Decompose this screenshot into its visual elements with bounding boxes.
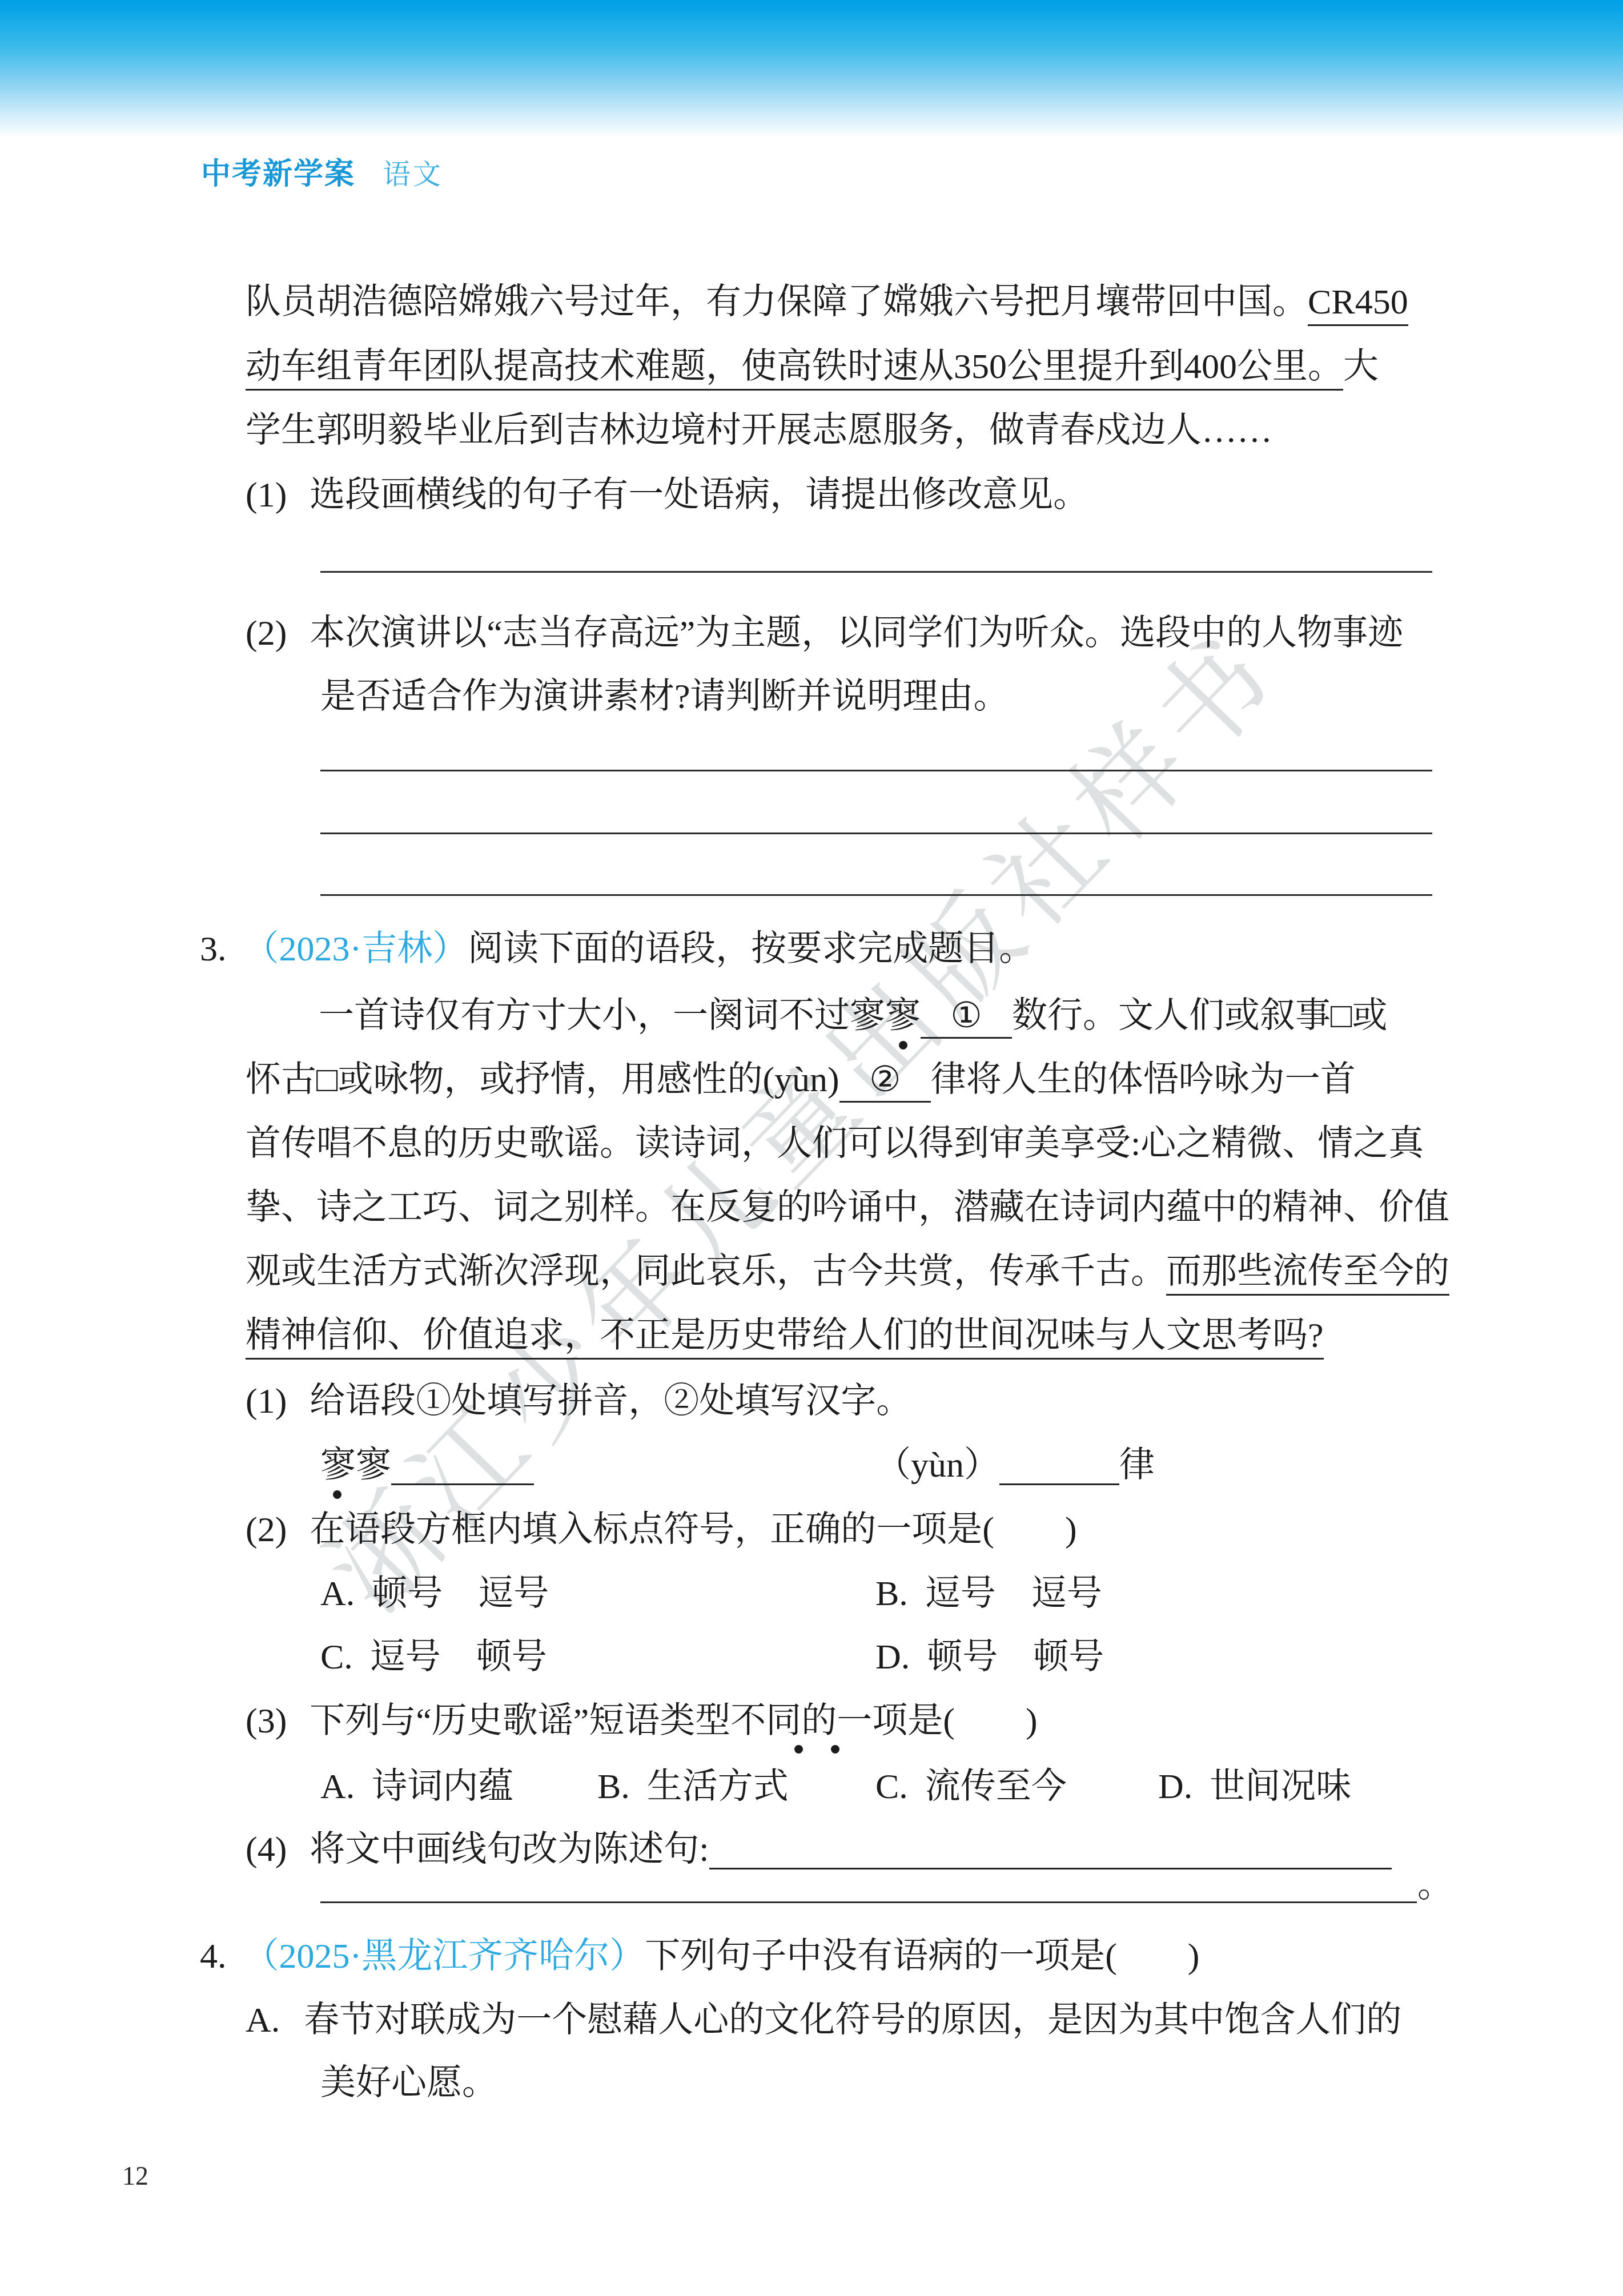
q3-passage-line1: 一首诗仅有方寸大小，一阕词不过寥寥①数行。文人们或叙事□或	[319, 996, 1388, 1039]
q3-passage-line6: 精神信仰、价值追求，不正是历史带给人们的世间况味与人文思考吗?	[246, 1316, 1324, 1356]
option-label: D.	[875, 1638, 910, 1677]
option-label: C.	[875, 1767, 908, 1807]
answer-line	[320, 894, 1432, 896]
page-number: 12	[122, 2161, 148, 2191]
option-text: 诗词内蕴	[372, 1767, 513, 1806]
q3-intro: 阅读下面的语段，按要求完成题目。	[468, 930, 1034, 968]
q3-item1: (1)给语段①处填写拼音，②处填写汉字。	[246, 1382, 911, 1421]
q3-item1-marker: (1)	[246, 1382, 287, 1421]
q3-item3-option-D: D.世间况味	[1158, 1767, 1351, 1807]
q3-item2-option-A: A.顿号 逗号	[320, 1574, 549, 1614]
q3-passage-l2a: 怀古	[246, 1060, 316, 1099]
answer-line	[320, 571, 1432, 573]
q3-passage-line3: 首传唱不息的历史歌谣。读诗词，人们可以得到审美享受:心之精微、情之真	[246, 1124, 1424, 1164]
q2-item2-line2: 是否适合作为演讲素材?请判断并说明理由。	[320, 677, 1009, 717]
q3-passage-l5a: 观或生活方式渐次浮现，同此哀乐，古今共赏，传承千古。	[246, 1252, 1166, 1291]
q3-item1-fill-left: 寥寥	[320, 1446, 534, 1485]
q3-item2-option-B: B.逗号 逗号	[875, 1574, 1102, 1614]
rewrite-answer-blank	[709, 1835, 1392, 1869]
answer-line	[320, 833, 1432, 834]
punctuation-box: □	[316, 1060, 338, 1099]
q3-item4-text: 将文中画线句改为陈述句:	[310, 1830, 709, 1869]
q3-item2-marker: (2)	[246, 1510, 287, 1550]
fill-right-prefix: （yùn）	[875, 1446, 999, 1485]
q3-passage-line5: 观或生活方式渐次浮现，同此哀乐，古今共赏，传承千古。而那些流传至今的	[246, 1252, 1449, 1292]
blank-2: ②	[839, 1060, 931, 1103]
q4-heading: 4.（2025·黑龙江齐齐哈尔）下列句子中没有语病的一项是( )	[200, 1937, 1199, 1976]
punctuation-box: □	[1331, 996, 1352, 1035]
emphasis-dot	[794, 1745, 803, 1754]
q4-option-A-line1: A.春节对联成为一个慰藉人心的文化符号的原因，是因为其中饱含人们的	[246, 2001, 1401, 2040]
q3-passage-l5-underlined: 而那些流传至今的	[1166, 1252, 1449, 1296]
header-gradient-band	[0, 0, 1623, 144]
q3-item4: (4)将文中画线句改为陈述句:	[246, 1830, 1392, 1869]
answer-line-period: 。	[1417, 1866, 1453, 1905]
option-text: 世间况味	[1210, 1767, 1351, 1806]
q3-item4-marker: (4)	[246, 1830, 287, 1869]
emphasis-dot	[899, 1041, 907, 1050]
option-label: A.	[320, 1767, 355, 1807]
option-text: 逗号 顿号	[370, 1638, 547, 1676]
q3-passage-l2c: 律将人生的体悟吟咏为一首	[931, 1060, 1356, 1099]
q3-item2-text: 在语段方框内填入标点符号，正确的一项是( )	[310, 1510, 1076, 1549]
q3-passage-l1a: 一首诗仅有方寸大小，一阕词不过寥寥	[319, 996, 921, 1035]
q3-passage-l1c: 或	[1352, 996, 1387, 1035]
option-label: A.	[246, 2001, 280, 2040]
subject-title: 语文	[383, 159, 443, 190]
q3-heading: 3.（2023·吉林）阅读下面的语段，按要求完成题目。	[200, 930, 1034, 969]
q3-item1-fill-right: （yùn）律	[875, 1446, 1155, 1485]
fill-left-word: 寥寥	[320, 1446, 391, 1485]
q3-passage-l1b: 数行。文人们或叙事	[1012, 996, 1331, 1035]
option-text: 顿号 顿号	[927, 1638, 1104, 1676]
q3-item1-text: 给语段①处填写拼音，②处填写汉字。	[310, 1382, 911, 1421]
passage1-line1-text: 队员胡浩德陪嫦娥六号过年，有力保障了嫦娥六号把月壤带回中国。	[246, 283, 1308, 321]
pinyin-blank	[391, 1449, 534, 1485]
q4-text: 下列句子中没有语病的一项是( )	[645, 1937, 1199, 1976]
q4-option-A-line2: 美好心愿。	[320, 2064, 497, 2103]
passage1-line3: 学生郭明毅毕业后到吉林边境村开展志愿服务，做青春戍边人……	[246, 411, 1272, 451]
q3-item3-option-B: B.生活方式	[597, 1767, 789, 1807]
option-text: 顿号 逗号	[372, 1574, 549, 1613]
emphasis-dot	[333, 1490, 342, 1499]
brand-title: 中考新学案	[201, 158, 355, 191]
q2-item2-line1: (2)本次演讲以“志当存高远”为主题，以同学们为听众。选段中的人物事迹	[246, 614, 1403, 653]
option-label: C.	[320, 1638, 353, 1677]
answer-line	[320, 770, 1432, 771]
fill-right-suffix: 律	[1119, 1446, 1155, 1485]
blank-1: ①	[921, 996, 1012, 1039]
passage1-line2: 动车组青年团队提高技术难题，使高铁时速从350公里提升到400公里。大	[246, 347, 1379, 387]
option-label: A.	[320, 1574, 355, 1614]
option-text: 逗号 逗号	[925, 1574, 1102, 1613]
q3-item3-marker: (3)	[246, 1702, 287, 1741]
header: 中考新学案语文	[201, 150, 443, 192]
q3-passage-line4: 挚、诗之工巧、词之别样。在反复的吟诵中，潜藏在诗词内蕴中的精神、价值	[246, 1188, 1449, 1228]
q3-number: 3.	[200, 930, 227, 969]
q3-passage-l6-underlined: 精神信仰、价值追求，不正是历史带给人们的世间况味与人文思考吗?	[246, 1316, 1324, 1360]
q3-item3-text-a: 下列与“历史歌谣”短语类型	[310, 1702, 730, 1740]
q3-passage-line2: 怀古□或咏物，或抒情，用感性的(yùn)②律将人生的体悟吟咏为一首	[246, 1060, 1356, 1103]
option-label: B.	[597, 1767, 630, 1807]
answer-line	[320, 1901, 1417, 1903]
q4-number: 4.	[200, 1937, 227, 1976]
q2-item1-text: 选段画横线的句子有一处语病，请提出修改意见。	[310, 476, 1088, 514]
passage1-line1: 队员胡浩德陪嫦娥六号过年，有力保障了嫦娥六号把月壤带回中国。CR450	[246, 283, 1408, 322]
q2-item1-marker: (1)	[246, 476, 287, 515]
q3-item2-option-D: D.顿号 顿号	[875, 1638, 1104, 1677]
q3-item3: (3)下列与“历史歌谣”短语类型不同的一项是( )	[246, 1702, 1038, 1741]
passage1-line2-underlined: 动车组青年团队提高技术难题，使高铁时速从350公里提升到400公里。	[246, 347, 1343, 391]
passage1-line2-rest: 大	[1343, 347, 1379, 386]
q3-item3-option-A: A.诗词内蕴	[320, 1767, 513, 1807]
q3-item3-text-b: 的一项是( )	[801, 1702, 1037, 1740]
q4-source-tag: （2025·黑龙江齐齐哈尔）	[244, 1937, 645, 1976]
q3-item2-option-C: C.逗号 顿号	[320, 1638, 547, 1677]
q3-passage-l2b: 或咏物，或抒情，用感性的(yùn)	[338, 1060, 839, 1099]
q2-item2-marker: (2)	[246, 614, 287, 653]
passage1-line1-underlined: CR450	[1308, 283, 1408, 326]
q3-item2: (2)在语段方框内填入标点符号，正确的一项是( )	[246, 1510, 1077, 1550]
q2-item1: (1)选段画横线的句子有一处语病，请提出修改意见。	[246, 476, 1088, 515]
q3-source-tag: （2023·吉林）	[244, 930, 468, 968]
option-label: B.	[875, 1574, 908, 1614]
hanzi-blank	[999, 1449, 1119, 1485]
workbook-page: 中考新学案语文 浙江少年儿童出版社样书 队员胡浩德陪嫦娥六号过年，有力保障了嫦娥…	[0, 0, 1623, 2296]
q2-item2-line1-text: 本次演讲以“志当存高远”为主题，以同学们为听众。选段中的人物事迹	[310, 614, 1403, 653]
option-text: 春节对联成为一个慰藉人心的文化符号的原因，是因为其中饱含人们的	[304, 2001, 1401, 2040]
emphasis-dot	[831, 1745, 839, 1754]
option-label: D.	[1158, 1767, 1192, 1807]
option-text: 流传至今	[925, 1767, 1067, 1806]
q3-item3-emphasized: 不同	[730, 1702, 801, 1740]
q3-item3-option-C: C.流传至今	[875, 1767, 1067, 1807]
option-text: 生活方式	[647, 1767, 789, 1806]
